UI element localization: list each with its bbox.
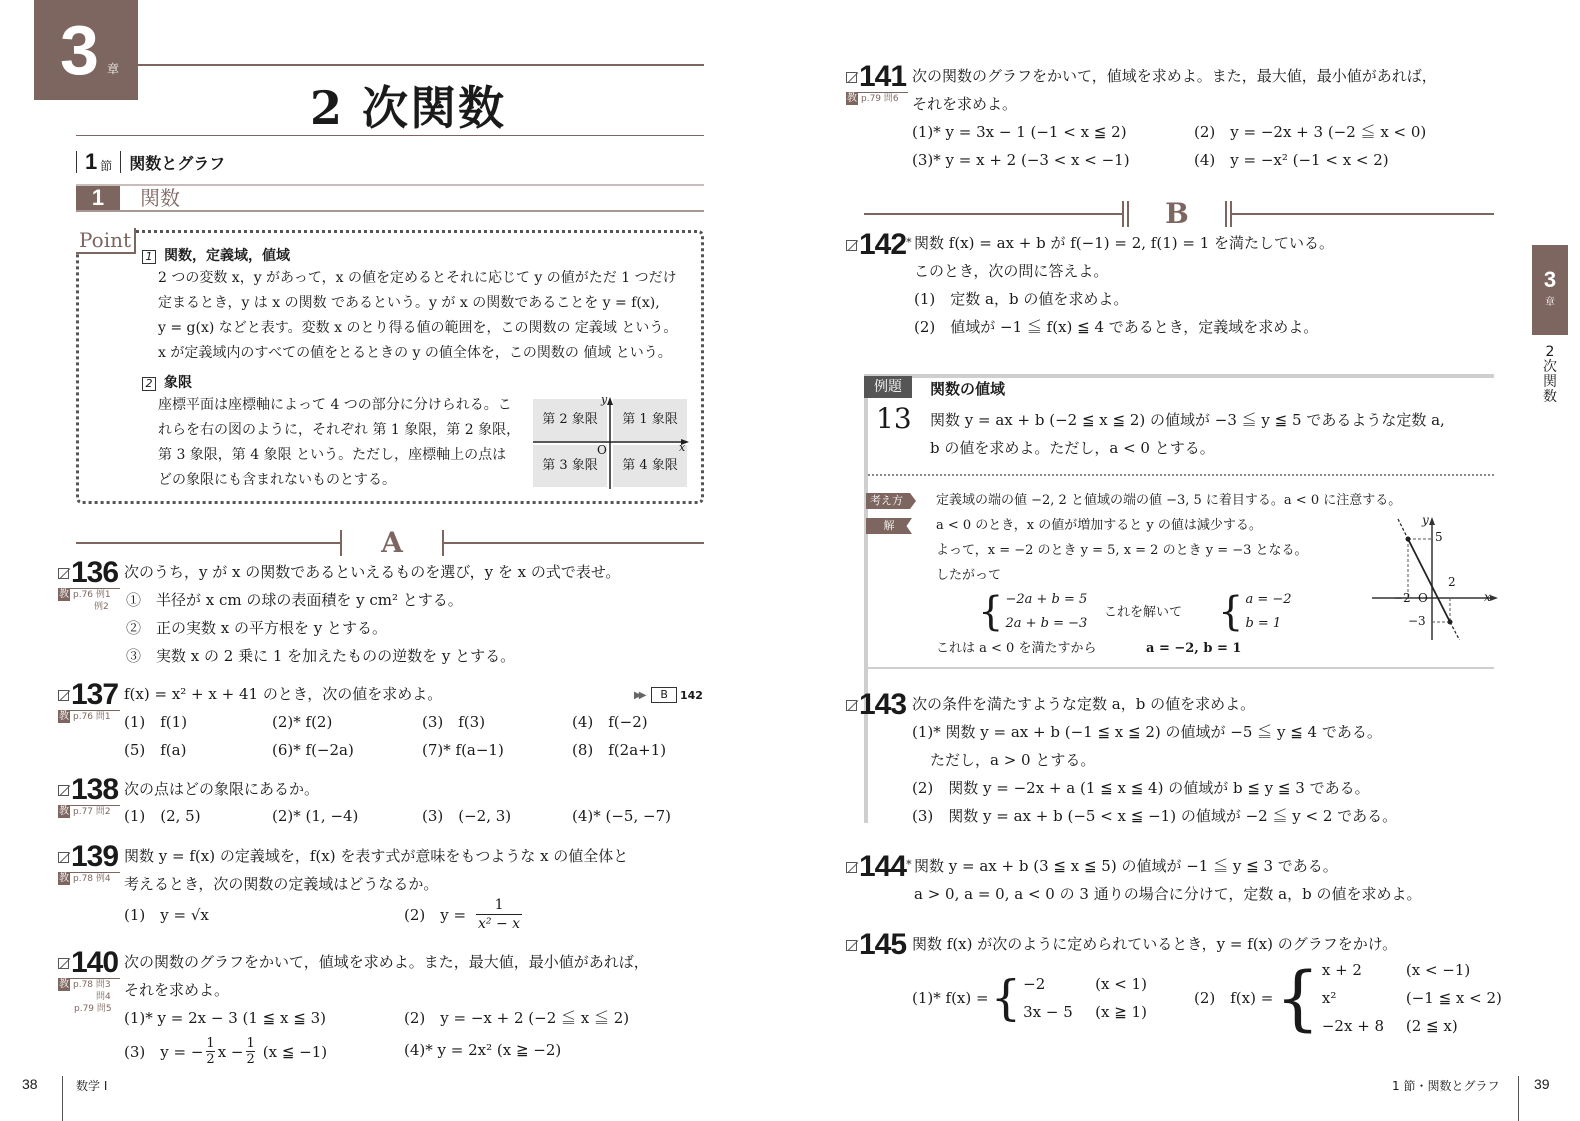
problem-item: (2) y = −x + 2 (−2 ≦ x ≦ 2) <box>404 1004 629 1032</box>
side-char: 次 <box>1535 360 1565 375</box>
textbook-icon: 教 <box>58 806 70 818</box>
y-axis-label: y <box>601 393 607 406</box>
fraction: 12 <box>246 1036 254 1067</box>
link-number: 142 <box>680 689 703 702</box>
subsection-title: 関数 <box>140 186 180 210</box>
chapter-label: 章 <box>107 60 119 77</box>
problem-item: (2)* f(2) <box>272 708 332 736</box>
textbook-icon: 教 <box>58 979 70 991</box>
checkbox-icon[interactable] <box>58 785 69 796</box>
problem-text: 考えるとき，次の関数の定義域はどうなるか。 <box>124 870 628 898</box>
graph-tick: −2 <box>1393 591 1411 605</box>
problem-text: 次の関数のグラフをかいて，値域を求めよ。また，最大値，最小値があれば， <box>912 62 1437 90</box>
checkbox-icon[interactable] <box>58 690 69 701</box>
problem-item: (2) y = <box>404 901 466 929</box>
equation-system: { −2a + b = 5 2a + b = −3 <box>978 588 1087 636</box>
item-label: (2) f(x) = <box>1194 984 1273 1012</box>
cross-ref-link[interactable]: ▶▶ B 142 <box>634 687 703 703</box>
point-item2-body: 座標平面は座標軸によって 4 つの部分に分けられる。こ れらを右の図のように，そ… <box>158 393 520 493</box>
problem-139: 139 教p.78 例4 <box>58 842 120 885</box>
quadrant-diagram: 第 2 象限 第 1 象限 第 3 象限 第 4 象限 y x O <box>533 397 689 489</box>
ref-text: p.77 問2 <box>73 807 111 817</box>
problem-item: ② 正の実数 x の平方根を y とする。 <box>124 614 620 642</box>
fraction: 1 x² − x <box>476 896 522 933</box>
solution-line: よって，x = −2 のとき y = 5, x = 2 のとき y = −3 と… <box>936 538 1308 563</box>
checkbox-icon[interactable] <box>58 958 69 969</box>
section-title: 関数とグラフ <box>129 151 225 174</box>
problem-144: 144* <box>846 852 912 882</box>
double-arrow-icon: ▶▶ <box>634 690 643 701</box>
hint-text: 定義域の端の値 −2, 2 と値域の端の値 −3, 5 に着目する。a < 0 … <box>936 488 1401 513</box>
point-tag: Point <box>76 228 136 254</box>
graph-y-label: y <box>1422 513 1429 527</box>
problem-item: (3) f(3) <box>422 708 485 736</box>
divider <box>76 542 340 544</box>
fraction: 12 <box>206 1036 214 1067</box>
equation: a = −2 <box>1245 588 1291 612</box>
case-cond: (x < 1) <box>1095 975 1147 993</box>
item-text: x − <box>218 1038 244 1066</box>
subject-label: 数学 I <box>76 1077 107 1094</box>
fraction-numerator: 1 <box>476 896 522 914</box>
problem-137: 137 教p.76 問1 <box>58 680 120 723</box>
example-bottom-rule <box>868 667 1494 669</box>
brace-icon: { <box>1275 958 1320 1038</box>
problem-136: 136 教p.76 例1 例2 <box>58 558 120 613</box>
example-number: 13 <box>876 402 912 435</box>
problem-text: 次の関数のグラフをかいて，値域を求めよ。また，最大値，最小値があれば， <box>124 948 649 976</box>
problem-item: (2)* (1, −4) <box>272 802 358 830</box>
equation: 2a + b = −3 <box>1005 612 1087 636</box>
problem-number: 144 <box>859 850 906 883</box>
section-heading: 1 節 関数とグラフ <box>76 148 225 176</box>
example-question: b の値を求めよ。ただし，a < 0 とする。 <box>930 434 1215 462</box>
point-index: 1 <box>142 250 156 264</box>
problem-item: (4) y = −x² (−1 < x < 2) <box>1194 146 1389 174</box>
divider <box>1518 1076 1519 1121</box>
level-a-divider: A <box>76 526 704 559</box>
problem-item: (4)* y = 2x² (x ≧ −2) <box>404 1036 561 1064</box>
origin-label: O <box>597 443 607 457</box>
brace-icon: { <box>978 592 1003 632</box>
point-line: 第 3 象限，第 4 象限 という。ただし，座標軸上の点は <box>158 443 520 468</box>
checkbox-icon[interactable] <box>846 72 857 83</box>
fraction-numerator: 1 <box>206 1036 214 1052</box>
case-expr: −2 <box>1023 970 1095 998</box>
page-title: 2 次関数 <box>310 72 506 138</box>
case-expr: 3x − 5 <box>1023 998 1095 1026</box>
problem-item: (2) 関数 y = −2x + a (1 ≦ x ≦ 4) の値域が b ≦ … <box>912 774 1370 802</box>
piecewise-2: (2) f(x) = { x + 2(x < −1) x²(−1 ≦ x < 2… <box>1194 956 1502 1040</box>
problem-140: 140 教p.78 問3 問4 p.79 問5 <box>58 948 120 1015</box>
point-line: x が定義域内のすべての値をとるときの y の値全体を，この関数の 値域 という… <box>158 341 677 366</box>
divider <box>444 542 704 544</box>
point-item1-body: 2 つの変数 x，y があって，x の値を定めるとそれに応じて y の値がただ … <box>158 266 677 366</box>
axes-icon <box>533 397 689 489</box>
problem-item: (1) (2, 5) <box>124 802 201 830</box>
problem-item: (5) f(a) <box>124 736 186 764</box>
side-char: 関 <box>1535 375 1565 390</box>
side-char: 数 <box>1535 390 1565 405</box>
brace-icon: { <box>991 978 1022 1018</box>
point-line: y = g(x) などと表す。変数 x のとり得る値の範囲を，この関数の 定義域… <box>158 316 677 341</box>
textbook-icon: 教 <box>58 711 70 723</box>
title-rule-top <box>138 64 704 66</box>
checkbox-icon[interactable] <box>846 700 857 711</box>
problem-text: 関数 y = ax + b (3 ≦ x ≦ 5) の値域が −1 ≦ y ≦ … <box>914 852 1338 880</box>
ref-text: p.79 問6 <box>861 94 899 104</box>
problem-text: 次の点はどの象限にあるか。 <box>124 775 319 803</box>
problem-item: (6)* f(−2a) <box>272 736 354 764</box>
problem-number: 143 <box>859 688 906 721</box>
hint-badge: 考え方 <box>866 493 916 509</box>
x-axis-label: x <box>679 441 685 454</box>
chapter-badge: 3 章 <box>34 0 138 100</box>
problem-139-body: 関数 y = f(x) の定義域を，f(x) を表す式が意味をもつような x の… <box>124 842 628 898</box>
problem-item: (3) 関数 y = ax + b (−5 < x ≦ −1) の値域が −2 … <box>912 802 1397 830</box>
problem-text: 関数 y = f(x) の定義域を，f(x) を表す式が意味をもつような x の… <box>124 842 628 870</box>
problem-item: (1) f(1) <box>124 708 187 736</box>
problem-text: このとき，次の問に答えよ。 <box>914 257 1108 285</box>
problem-text: それを求めよ。 <box>912 90 1437 118</box>
subsection-number: 1 <box>76 186 120 210</box>
case-expr: x² <box>1322 984 1406 1012</box>
problem-item: (3)* y = x + 2 (−3 < x < −1) <box>912 146 1130 174</box>
textbook-icon: 教 <box>58 589 70 601</box>
page-number: 39 <box>1534 1076 1550 1092</box>
solution-line: したがって <box>936 563 1001 588</box>
side-char: 2 <box>1535 345 1565 360</box>
item-text: (x ≦ −1) <box>263 1038 327 1066</box>
level-b-divider: B <box>864 197 1494 230</box>
problem-138: 138 教p.77 問2 <box>58 775 120 818</box>
case-expr: −2x + 8 <box>1322 1012 1406 1040</box>
graph-x-label: x <box>1484 590 1491 604</box>
problem-141-body: 次の関数のグラフをかいて，値域を求めよ。また，最大値，最小値があれば， それを求… <box>912 62 1437 118</box>
example-title: 関数の値域 <box>930 378 1005 399</box>
problem-item: (1) 定数 a，b の値を求めよ。 <box>914 285 1128 313</box>
checkbox-icon[interactable] <box>58 852 69 863</box>
system-equations: −2a + b = 5 2a + b = −3 <box>1005 588 1087 636</box>
problem-item: (1)* y = 2x − 3 (1 ≦ x ≦ 3) <box>124 1004 326 1032</box>
ref-text: p.79 問5 <box>58 1003 120 1015</box>
textbook-icon: 教 <box>846 93 858 105</box>
divider <box>864 213 1122 215</box>
ref-text: 例2 <box>58 601 120 613</box>
side-tab-label: 章 <box>1532 293 1568 308</box>
divider <box>62 1076 63 1121</box>
fraction-numerator: 1 <box>246 1036 254 1052</box>
problem-item: ただし，a > 0 とする。 <box>930 746 1095 774</box>
problem-number-block: 136 <box>58 558 120 588</box>
example-question: 関数 y = ax + b (−2 ≦ x ≦ 2) の値域が −3 ≦ y ≦… <box>930 406 1445 434</box>
checkbox-icon[interactable] <box>846 862 857 873</box>
chapter-number: 3 <box>60 10 99 90</box>
problem-item: (2) 値域が −1 ≦ f(x) ≦ 4 であるとき，定義域を求めよ。 <box>914 313 1318 341</box>
cases: −2(x < 1) 3x − 5(x ≧ 1) <box>1023 970 1147 1026</box>
subsection-heading: 1 関数 <box>76 184 704 212</box>
divider <box>1225 201 1227 227</box>
problem-item: (3) (−2, 3) <box>422 802 511 830</box>
problem-number: 142 <box>859 228 906 261</box>
side-tab-title: 2 次 関 数 <box>1535 345 1565 405</box>
level-a-label: A <box>342 526 442 559</box>
example-tag: 例題 <box>864 376 912 398</box>
case-cond: (−1 ≦ x < 2) <box>1406 989 1502 1007</box>
divider <box>76 151 77 173</box>
system-solutions: a = −2 b = 1 <box>1245 588 1291 636</box>
item-label: (1)* f(x) = <box>912 984 989 1012</box>
chapter-side-tab[interactable]: 3 章 <box>1532 245 1568 335</box>
ref-text: p.78 例4 <box>73 874 111 884</box>
point-heading-text: 関数，定義域，値域 <box>164 248 290 264</box>
conclusion-text: これは a < 0 を満たすから <box>936 636 1096 661</box>
problem-item: (7)* f(a−1) <box>422 736 504 764</box>
problem-number: 139 <box>71 840 118 873</box>
graph-tick: 5 <box>1435 530 1443 544</box>
level-b-label: B <box>1129 197 1225 230</box>
section-number: 1 <box>85 149 97 175</box>
point-item2-heading: 2象限 <box>142 372 192 392</box>
divider <box>120 151 121 173</box>
answer-text: a = −2, b = 1 <box>1146 636 1241 661</box>
problem-140-body: 次の関数のグラフをかいて，値域を求めよ。また，最大値，最小値があれば， それを求… <box>124 948 649 1004</box>
problem-item: (2) y = −2x + 3 (−2 ≦ x < 0) <box>1194 118 1426 146</box>
problem-item: (1)* 関数 y = ax + b (−1 ≦ x ≦ 2) の値域が −5 … <box>912 718 1382 746</box>
level-box: B <box>651 687 677 703</box>
point-line: 2 つの変数 x，y があって，x の値を定めるとそれに応じて y の値がただ … <box>158 266 677 291</box>
checkbox-icon[interactable] <box>846 940 857 951</box>
textbook-ref: 教p.76 例1 <box>58 589 120 601</box>
textbook-icon: 教 <box>58 873 70 885</box>
star-mark: * <box>906 858 912 871</box>
fraction-denominator: 2 <box>246 1052 254 1067</box>
checkbox-icon[interactable] <box>846 240 857 251</box>
problem-item: (1) y = √x <box>124 901 209 929</box>
graph-origin: O <box>1418 591 1428 605</box>
point-index: 2 <box>142 377 156 391</box>
page-number: 38 <box>22 1076 38 1092</box>
divider <box>1232 213 1494 215</box>
brace-icon: { <box>1218 592 1243 632</box>
star-mark: * <box>906 236 912 249</box>
point-line: れらを右の図のように，それぞれ 第 1 象限，第 2 象限， <box>158 418 520 443</box>
problem-143: 143 <box>846 690 906 720</box>
section-label: 節 <box>100 157 112 174</box>
point-line: 座標平面は座標軸によって 4 つの部分に分けられる。こ <box>158 393 520 418</box>
checkbox-icon[interactable] <box>58 568 69 579</box>
case-cond: (2 ≦ x) <box>1406 1017 1458 1035</box>
problem-item: ③ 実数 x の 2 乗に 1 を加えたものの逆数を y とする。 <box>124 642 620 670</box>
problem-item: (3) y = − 12 x − 12 (x ≦ −1) <box>124 1036 327 1067</box>
equation: b = 1 <box>1245 612 1291 636</box>
problem-item: (8) f(2a+1) <box>572 736 666 764</box>
problem-item: (4)* (−5, −7) <box>572 802 671 830</box>
problem-number: 141 <box>859 60 906 93</box>
case-expr: x + 2 <box>1322 956 1406 984</box>
problem-item: ① 半径が x cm の球の表面積を y cm² とする。 <box>124 586 620 614</box>
problem-text: 関数 f(x) が次のように定められているとき，y = f(x) のグラフをかけ… <box>912 930 1397 958</box>
point-line: どの象限にも含まれないものとする。 <box>158 468 520 493</box>
solution-badge: 解 <box>866 518 912 534</box>
cases: x + 2(x < −1) x²(−1 ≦ x < 2) −2x + 8(2 ≦… <box>1322 956 1502 1040</box>
fraction-denominator: 2 <box>206 1052 214 1067</box>
side-tab-number: 3 <box>1532 267 1568 293</box>
item-text: (3) y = − <box>124 1038 203 1066</box>
problem-text: a > 0, a = 0, a < 0 の 3 通りの場合に分けて，定数 a，b… <box>914 880 1421 908</box>
graph-tick: 2 <box>1448 575 1456 589</box>
solution-system: { a = −2 b = 1 <box>1218 588 1292 636</box>
problem-text: 次のうち，y が x の関数であるといえるものを選び，y を x の式で表せ。 <box>124 558 620 586</box>
point-item1-heading: 1関数，定義域，値域 <box>142 245 290 265</box>
graph-tick: −3 <box>1408 614 1426 628</box>
problem-text: 次の条件を満たすような定数 a，b の値を求めよ。 <box>912 690 1255 718</box>
solution-line: a < 0 のとき，x の値が増加すると y の値は減少する。 <box>936 513 1262 538</box>
title-rule-bottom <box>76 135 704 136</box>
problem-item: (4) f(−2) <box>572 708 648 736</box>
footer-section: 1 節・関数とグラフ <box>1392 1077 1499 1094</box>
case-cond: (x ≧ 1) <box>1095 1003 1147 1021</box>
ref-text: p.76 例1 <box>73 590 111 600</box>
problem-item: (1)* y = 3x − 1 (−1 < x ≦ 2) <box>912 118 1127 146</box>
problem-number: 137 <box>71 678 118 711</box>
problem-text: それを求めよ。 <box>124 976 649 1004</box>
problem-136-body: 次のうち，y が x の関数であるといえるものを選び，y を x の式で表せ。 … <box>124 558 620 670</box>
ref-text: 問4 <box>58 991 120 1003</box>
ref-text: p.76 問1 <box>73 712 111 722</box>
problem-number: 140 <box>71 946 118 979</box>
ref-text: p.78 問3 <box>73 980 111 990</box>
problem-145: 145 <box>846 930 906 960</box>
dotted-divider <box>868 474 1494 476</box>
problem-text: f(x) = x² + x + 41 のとき，次の値を求めよ。 <box>124 680 442 708</box>
problem-number: 138 <box>71 773 118 806</box>
point-line: 定まるとき，y は x の関数 であるという。y が x の関数であることを y… <box>158 291 677 316</box>
point-heading-text: 象限 <box>164 375 192 391</box>
fraction-denominator: x² − x <box>476 914 522 933</box>
problem-number: 136 <box>71 556 118 589</box>
equation: −2a + b = 5 <box>1005 588 1087 612</box>
problem-number: 145 <box>859 928 906 961</box>
problem-142: 142* <box>846 230 912 260</box>
problem-141: 141 教p.79 問6 <box>846 62 908 105</box>
case-cond: (x < −1) <box>1406 961 1470 979</box>
problem-text: 関数 f(x) = ax + b が f(−1) = 2, f(1) = 1 を… <box>914 229 1334 257</box>
divider <box>1122 201 1124 227</box>
piecewise-1: (1)* f(x) = { −2(x < 1) 3x − 5(x ≧ 1) <box>912 970 1147 1026</box>
solve-label: これを解いて <box>1104 600 1182 625</box>
